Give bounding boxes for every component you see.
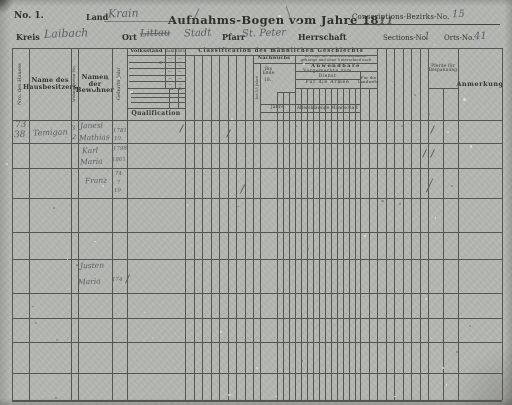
- column-residents: Namen der Bewohner: [79, 50, 111, 118]
- classification-note: In Folge der neuesten Aufnahme gehörige …: [296, 56, 376, 63]
- paper-speckle: [469, 325, 471, 327]
- grid-line: [29, 48, 30, 400]
- horse-column: [428, 88, 443, 120]
- grid-line: [127, 55, 377, 56]
- grid-line: [253, 55, 254, 400]
- paper-speckle: [53, 207, 55, 209]
- classification-category: [219, 57, 228, 113]
- grid-line: [301, 88, 302, 400]
- paper-speckle: [55, 397, 57, 399]
- entry-resident-5-year: 74: [115, 171, 122, 177]
- paper-speckle: [307, 248, 309, 250]
- grid-line: [253, 63, 377, 64]
- grid-line: [295, 55, 296, 400]
- paper-speckle: [442, 367, 444, 369]
- grid-line: [295, 79, 360, 80]
- female-absent-column: [411, 50, 420, 118]
- paper-speckle: [307, 14, 308, 15]
- female-absent-column: [403, 50, 412, 118]
- entry-resident-5-year3: 19: [114, 188, 121, 194]
- grid-line: [12, 120, 502, 121]
- classification-category: [211, 57, 220, 113]
- grid-line: [71, 48, 72, 400]
- summary-row-label: [129, 81, 165, 88]
- land-value-handwritten: Krain: [108, 6, 139, 20]
- paper-speckle: [378, 24, 380, 26]
- grid-line: [283, 92, 284, 400]
- horse-column: [443, 88, 458, 120]
- paper-speckle: [237, 206, 238, 207]
- scanned-census-form: No. 1. Land Krain Aufnahms-Bogen vom Jah…: [0, 0, 512, 405]
- entry-resident-6: Justen: [80, 261, 104, 271]
- grid-line: [12, 232, 502, 233]
- tally-mark: [430, 125, 435, 134]
- entry-owner: Temigan: [33, 127, 68, 137]
- classification-category: [228, 57, 237, 113]
- entry-resident-5: Franz: [85, 176, 107, 186]
- grid-line: [428, 48, 429, 400]
- tally-mark: [422, 149, 427, 158]
- grid-line: [355, 88, 356, 400]
- paper-speckle: [76, 264, 77, 265]
- grid-line: [420, 48, 421, 400]
- grid-line: [319, 88, 320, 400]
- grid-line: [277, 92, 278, 400]
- grid-line: [211, 56, 212, 400]
- paper-speckle: [61, 198, 62, 199]
- grid-line: [295, 71, 377, 72]
- paper-speckle: [425, 298, 427, 300]
- orts-no-label: Orts-No.: [444, 34, 474, 42]
- grid-line: [12, 259, 502, 260]
- armee-footer: Altersklassige Mannschaft: [295, 104, 360, 112]
- entry-resident-4-year: 1801: [112, 157, 126, 163]
- grid-line: [12, 373, 502, 374]
- female-absent-column: [420, 50, 429, 118]
- grid-line: [129, 81, 185, 82]
- paper-speckle: [314, 199, 315, 200]
- entry-resident-4: Maria: [80, 157, 103, 167]
- grid-line: [112, 48, 113, 400]
- grid-line: [502, 48, 503, 400]
- column-owner-name: Name des Hausbesitzers: [30, 50, 70, 118]
- grid-line: [307, 88, 308, 400]
- pfarr-value-handwritten: St. Peter: [242, 27, 286, 40]
- classification-category: [236, 57, 245, 113]
- paper-speckle: [431, 338, 432, 339]
- entry-house-no-old: 73: [15, 120, 27, 130]
- paper-speckle: [144, 312, 145, 313]
- paper-speckle: [93, 88, 95, 90]
- classification-category: [185, 57, 194, 113]
- entry-resident-2-year: 1781: [113, 128, 127, 134]
- paper-speckle: [220, 331, 222, 333]
- entry-resident-5-year2: 7: [117, 180, 121, 186]
- grid-line: [277, 92, 295, 93]
- grid-line: [194, 56, 195, 400]
- paper-speckle: [102, 185, 104, 187]
- paper-speckle: [118, 77, 120, 79]
- kreis-label: Kreis: [16, 32, 40, 42]
- paper-speckle: [446, 384, 448, 386]
- conscription-district-value: 15: [452, 9, 465, 20]
- ort-label: Ort: [122, 32, 137, 42]
- grid-line: [245, 56, 246, 400]
- paper-speckle: [445, 276, 446, 277]
- ort-value-struck: Littau: [140, 27, 171, 39]
- grid-line: [12, 400, 502, 402]
- grid-line: [178, 88, 179, 108]
- grid-line: [129, 75, 185, 76]
- grid-line: [12, 318, 502, 319]
- entry-house-no-new: 38: [14, 130, 26, 140]
- landwehr-class-column: [369, 88, 378, 120]
- grid-line: [127, 108, 185, 109]
- grid-line: [12, 293, 502, 294]
- entry-resident-3-year: 1798: [113, 146, 127, 152]
- grid-line: [331, 88, 332, 400]
- grid-line: [313, 88, 314, 400]
- column-birth-year: Geburts-Jahr: [113, 50, 126, 118]
- conscription-underline: [348, 24, 500, 25]
- paper-speckle: [451, 185, 453, 187]
- sheet-number: No. 1.: [14, 11, 44, 21]
- paper-speckle: [399, 203, 401, 205]
- summary-qualification: Qualification: [127, 108, 185, 120]
- entry-party-b: 2: [72, 133, 76, 141]
- grid-line: [12, 143, 502, 144]
- paper-speckle: [187, 204, 189, 206]
- grid-line: [295, 88, 377, 89]
- grid-line: [131, 102, 185, 103]
- grid-line: [131, 93, 185, 94]
- grid-line: [12, 48, 502, 49]
- entry-resident-1: Janesi: [80, 121, 103, 131]
- grid-line: [403, 48, 404, 400]
- grid-line: [260, 112, 360, 113]
- grid-line: [343, 88, 344, 400]
- paper-speckle: [381, 200, 383, 202]
- grid-line: [228, 56, 229, 400]
- conscription-district-label: Conscriptions-Bezirks-No.: [352, 13, 450, 21]
- classification-category: [202, 57, 211, 113]
- grid-line: [129, 62, 185, 63]
- paper-speckle: [32, 306, 33, 307]
- grid-line: [325, 88, 326, 400]
- female-absent-column: [386, 50, 395, 118]
- grid-line: [377, 48, 378, 400]
- grid-line: [411, 48, 412, 400]
- vorgemerkte-label: Vorgemerkte zum Dienst: [295, 71, 360, 79]
- grid-line: [289, 92, 290, 400]
- paper-speckle: [152, 337, 154, 339]
- grid-line: [12, 48, 13, 400]
- paper-speckle: [364, 235, 365, 236]
- grid-line: [369, 88, 370, 400]
- classification-category: [194, 57, 203, 113]
- entry-resident-7: Maria: [78, 277, 101, 287]
- paper-speckle: [275, 396, 276, 397]
- paper-speckle: [434, 44, 435, 45]
- grid-line: [127, 88, 185, 89]
- grid-line: [337, 88, 338, 400]
- grid-line: [129, 68, 185, 69]
- paper-speckle: [94, 241, 95, 242]
- paper-speckle: [456, 351, 458, 353]
- paper-speckle: [107, 170, 108, 171]
- tally-mark: [430, 149, 435, 158]
- classification-category: [245, 57, 254, 113]
- grid-line: [260, 104, 360, 105]
- entry-resident-2: Mathias: [79, 132, 110, 142]
- paper-speckle: [463, 98, 465, 100]
- paper-speckle: [6, 163, 8, 165]
- grid-line: [386, 48, 387, 400]
- sections-value: 1: [424, 31, 431, 42]
- entry-resident-7-year: 174: [112, 277, 123, 283]
- ort-value-handwritten: Stadt: [184, 28, 212, 40]
- grid-line: [202, 56, 203, 400]
- paper-speckle: [56, 339, 58, 341]
- orts-no-value: 41: [474, 31, 487, 42]
- paper-speckle: [470, 145, 472, 147]
- grid-line: [12, 342, 502, 343]
- grid-line: [12, 168, 502, 169]
- paper-speckle: [435, 217, 437, 219]
- horses-title: Pferde für Bespannung: [429, 50, 457, 86]
- paper-speckle: [401, 125, 402, 126]
- grid-line: [394, 48, 395, 400]
- grid-line: [131, 97, 185, 98]
- paper-speckle: [295, 125, 297, 127]
- landwehr-class-column: [360, 88, 369, 120]
- paper-speckle: [231, 118, 233, 120]
- paper-speckle: [311, 190, 312, 191]
- female-absent-column: [394, 50, 403, 118]
- grid-line: [428, 88, 458, 89]
- herrschaft-label: Herrschaft: [298, 32, 347, 42]
- grid-line: [169, 88, 170, 108]
- grid-line: [236, 56, 237, 400]
- paper-speckle: [394, 146, 396, 148]
- paper-speckle: [364, 296, 365, 297]
- land-underline: [104, 21, 174, 22]
- grid-line: [78, 48, 79, 400]
- armee-label: Für die Armee: [295, 79, 360, 88]
- grid-line: [219, 56, 220, 400]
- landwehr-label: Für die Landwehr: [360, 71, 377, 88]
- grid-line: [349, 88, 350, 400]
- nachwuchs-bis-ende-year: 18..: [260, 76, 277, 84]
- paper-speckle: [159, 61, 162, 64]
- entry-resident-2-year2: 10.: [114, 136, 123, 142]
- nachwuchs-bis-ende: Bis Ende: [260, 66, 277, 76]
- paper-speckle: [447, 131, 449, 133]
- tally-mark: [426, 178, 434, 192]
- nachwuchs-title: Nachwuchs: [253, 56, 295, 63]
- grid-line: [458, 48, 459, 400]
- sections-label: Sections-No.: [383, 34, 428, 42]
- paper-speckle: [35, 322, 37, 324]
- female-absent-column: [377, 50, 386, 118]
- grid-line: [185, 48, 186, 400]
- column-remark: Anmerkung: [458, 50, 502, 118]
- paper-speckle: [392, 81, 393, 82]
- grid-line: [127, 48, 128, 400]
- grid-line: [12, 198, 502, 199]
- paper-speckle: [428, 113, 429, 114]
- entry-resident-3: Karl: [82, 146, 98, 156]
- paper-speckle: [256, 367, 258, 369]
- nachwuchs-side-label: bis 15 Jahre: [254, 63, 260, 111]
- paper-speckle: [228, 394, 230, 396]
- paper-speckle: [297, 21, 299, 23]
- kreis-value-handwritten: Laibach: [44, 26, 89, 41]
- grid-line: [443, 88, 444, 400]
- tally-mark: [179, 124, 184, 133]
